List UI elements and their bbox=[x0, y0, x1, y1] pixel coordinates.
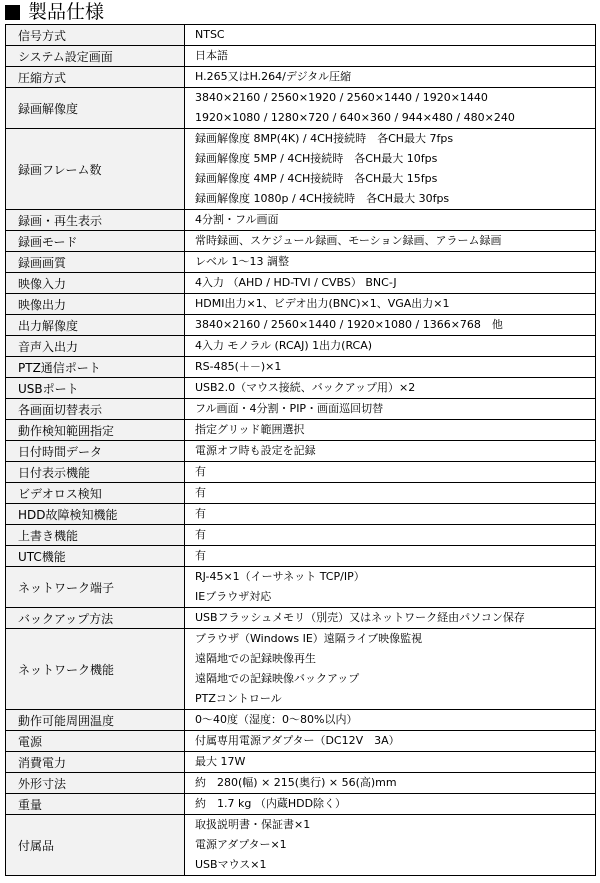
spec-row: 出力解像度3840×2160 / 2560×1440 / 1920×1080 /… bbox=[6, 315, 596, 336]
spec-value: レベル 1～13 調整 bbox=[185, 252, 596, 273]
spec-row: 録画モード常時録画、スケジュール録画、モーション録画、アラーム録画 bbox=[6, 231, 596, 252]
spec-value: 有 bbox=[185, 525, 596, 546]
spec-label: 録画解像度 bbox=[6, 88, 185, 129]
section-title-text: 製品仕様 bbox=[28, 1, 104, 23]
spec-value-line: 電源オフ時も設定を記録 bbox=[195, 441, 595, 461]
spec-value: 日本語 bbox=[185, 46, 596, 67]
spec-row: 電源付属専用電源アダプター（DC12V 3A） bbox=[6, 731, 596, 752]
spec-value-line: 録画解像度 8MP(4K) / 4CH接続時 各CH最大 7fps bbox=[195, 129, 595, 149]
spec-value: 付属専用電源アダプター（DC12V 3A） bbox=[185, 731, 596, 752]
spec-label: ビデオロス検知 bbox=[6, 483, 185, 504]
spec-value: フル画面・4分割・PIP・画面巡回切替 bbox=[185, 399, 596, 420]
spec-label: 信号方式 bbox=[6, 25, 185, 46]
spec-value-line: 常時録画、スケジュール録画、モーション録画、アラーム録画 bbox=[195, 231, 595, 251]
spec-value: 有 bbox=[185, 546, 596, 567]
spec-row: UTC機能有 bbox=[6, 546, 596, 567]
spec-row: 圧縮方式H.265又はH.264/デジタル圧縮 bbox=[6, 67, 596, 88]
spec-value-line: 有 bbox=[195, 462, 595, 482]
spec-value-line: ブラウザ（Windows IE）遠隔ライブ映像監視 bbox=[195, 629, 595, 649]
spec-value: 常時録画、スケジュール録画、モーション録画、アラーム録画 bbox=[185, 231, 596, 252]
spec-value: 有 bbox=[185, 483, 596, 504]
spec-value: 最大 17W bbox=[185, 752, 596, 773]
spec-row: 録画フレーム数録画解像度 8MP(4K) / 4CH接続時 各CH最大 7fps… bbox=[6, 129, 596, 210]
spec-value: H.265又はH.264/デジタル圧縮 bbox=[185, 67, 596, 88]
spec-value-line: 付属専用電源アダプター（DC12V 3A） bbox=[195, 731, 595, 751]
spec-row: バックアップ方法USBフラッシュメモリ（別売）又はネットワーク経由パソコン保存 bbox=[6, 608, 596, 629]
spec-value: 指定グリッド範囲選択 bbox=[185, 420, 596, 441]
spec-label: 消費電力 bbox=[6, 752, 185, 773]
spec-value-line: 4分割・フル画面 bbox=[195, 210, 595, 230]
spec-value: 3840×2160 / 2560×1440 / 1920×1080 / 1366… bbox=[185, 315, 596, 336]
spec-value-line: PTZコントロール bbox=[195, 689, 595, 709]
spec-label: 録画画質 bbox=[6, 252, 185, 273]
spec-value-line: USBマウス×1 bbox=[195, 855, 595, 875]
spec-row: 日付表示機能有 bbox=[6, 462, 596, 483]
spec-value: 約 1.7 kg （内蔵HDD除く） bbox=[185, 794, 596, 815]
spec-label: 付属品 bbox=[6, 815, 185, 876]
spec-value-line: 有 bbox=[195, 504, 595, 524]
spec-value-line: 取扱説明書・保証書×1 bbox=[195, 815, 595, 835]
spec-value-line: H.265又はH.264/デジタル圧縮 bbox=[195, 67, 595, 87]
spec-value: HDMI出力×1、ビデオ出力(BNC)×1、VGA出力×1 bbox=[185, 294, 596, 315]
spec-row: HDD故障検知機能有 bbox=[6, 504, 596, 525]
spec-value: 取扱説明書・保証書×1電源アダプター×1USBマウス×1 bbox=[185, 815, 596, 876]
spec-value: RS-485(＋－)×1 bbox=[185, 357, 596, 378]
spec-value-line: 4入力 モノラル (RCAJ) 1出力(RCA) bbox=[195, 336, 595, 356]
spec-row: 録画解像度3840×2160 / 2560×1920 / 2560×1440 /… bbox=[6, 88, 596, 129]
spec-label: UTC機能 bbox=[6, 546, 185, 567]
spec-label: 映像出力 bbox=[6, 294, 185, 315]
spec-label: 出力解像度 bbox=[6, 315, 185, 336]
spec-value-line: 電源アダプター×1 bbox=[195, 835, 595, 855]
spec-label: ネットワーク端子 bbox=[6, 567, 185, 608]
spec-row: 日付時間データ電源オフ時も設定を記録 bbox=[6, 441, 596, 462]
spec-row: 重量約 1.7 kg （内蔵HDD除く） bbox=[6, 794, 596, 815]
spec-value-line: 約 280(幅) × 215(奥行) × 56(高)mm bbox=[195, 773, 595, 793]
spec-label: 動作可能周囲温度 bbox=[6, 710, 185, 731]
spec-row: 動作検知範囲指定指定グリッド範囲選択 bbox=[6, 420, 596, 441]
spec-table-body: 信号方式NTSCシステム設定画面日本語圧縮方式H.265又はH.264/デジタル… bbox=[6, 25, 596, 876]
spec-value-line: 遠隔地での記録映像バックアップ bbox=[195, 669, 595, 689]
spec-value-line: 指定グリッド範囲選択 bbox=[195, 420, 595, 440]
spec-value: 約 280(幅) × 215(奥行) × 56(高)mm bbox=[185, 773, 596, 794]
spec-label: 録画フレーム数 bbox=[6, 129, 185, 210]
spec-value: 4入力 （AHD / HD-TVI / CVBS） BNC-J bbox=[185, 273, 596, 294]
spec-value-line: 0～40度（湿度：0～80%以内） bbox=[195, 710, 595, 730]
spec-value-line: レベル 1～13 調整 bbox=[195, 252, 595, 272]
spec-value-line: フル画面・4分割・PIP・画面巡回切替 bbox=[195, 399, 595, 419]
spec-value: USBフラッシュメモリ（別売）又はネットワーク経由パソコン保存 bbox=[185, 608, 596, 629]
black-square-icon bbox=[5, 5, 20, 20]
spec-label: 圧縮方式 bbox=[6, 67, 185, 88]
spec-row: USBポートUSB2.0（マウス接続、バックアップ用）×2 bbox=[6, 378, 596, 399]
spec-value-line: 有 bbox=[195, 525, 595, 545]
spec-row: システム設定画面日本語 bbox=[6, 46, 596, 67]
spec-value: 0～40度（湿度：0～80%以内） bbox=[185, 710, 596, 731]
spec-label: 動作検知範囲指定 bbox=[6, 420, 185, 441]
spec-value-line: 録画解像度 5MP / 4CH接続時 各CH最大 10fps bbox=[195, 149, 595, 169]
spec-value-line: 遠隔地での記録映像再生 bbox=[195, 649, 595, 669]
spec-value-line: RJ-45×1（イーサネット TCP/IP） bbox=[195, 567, 595, 587]
spec-value-line: 有 bbox=[195, 483, 595, 503]
spec-label: システム設定画面 bbox=[6, 46, 185, 67]
spec-value: RJ-45×1（イーサネット TCP/IP）IEブラウザ対応 bbox=[185, 567, 596, 608]
spec-row: ネットワーク機能ブラウザ（Windows IE）遠隔ライブ映像監視遠隔地での記録… bbox=[6, 629, 596, 710]
spec-label: 外形寸法 bbox=[6, 773, 185, 794]
spec-value-line: NTSC bbox=[195, 25, 595, 45]
spec-row: 消費電力最大 17W bbox=[6, 752, 596, 773]
spec-label: 録画モード bbox=[6, 231, 185, 252]
spec-value-line: 最大 17W bbox=[195, 752, 595, 772]
spec-page: 製品仕様 信号方式NTSCシステム設定画面日本語圧縮方式H.265又はH.264… bbox=[0, 0, 600, 883]
spec-table: 信号方式NTSCシステム設定画面日本語圧縮方式H.265又はH.264/デジタル… bbox=[5, 24, 596, 876]
spec-row: PTZ通信ポートRS-485(＋－)×1 bbox=[6, 357, 596, 378]
spec-row: ビデオロス検知有 bbox=[6, 483, 596, 504]
spec-value: NTSC bbox=[185, 25, 596, 46]
spec-value: ブラウザ（Windows IE）遠隔ライブ映像監視遠隔地での記録映像再生遠隔地で… bbox=[185, 629, 596, 710]
spec-value-line: USB2.0（マウス接続、バックアップ用）×2 bbox=[195, 378, 595, 398]
spec-value: USB2.0（マウス接続、バックアップ用）×2 bbox=[185, 378, 596, 399]
spec-value: 4分割・フル画面 bbox=[185, 210, 596, 231]
spec-value-line: 1920×1080 / 1280×720 / 640×360 / 944×480… bbox=[195, 108, 595, 128]
spec-row: 信号方式NTSC bbox=[6, 25, 596, 46]
spec-value: 3840×2160 / 2560×1920 / 2560×1440 / 1920… bbox=[185, 88, 596, 129]
spec-label: 電源 bbox=[6, 731, 185, 752]
section-title: 製品仕様 bbox=[5, 1, 104, 23]
spec-label: ネットワーク機能 bbox=[6, 629, 185, 710]
spec-value-line: IEブラウザ対応 bbox=[195, 587, 595, 607]
spec-label: 日付表示機能 bbox=[6, 462, 185, 483]
spec-row: 付属品取扱説明書・保証書×1電源アダプター×1USBマウス×1 bbox=[6, 815, 596, 876]
spec-label: 音声入出力 bbox=[6, 336, 185, 357]
spec-value-line: USBフラッシュメモリ（別売）又はネットワーク経由パソコン保存 bbox=[195, 608, 595, 628]
spec-label: USBポート bbox=[6, 378, 185, 399]
spec-label: 録画・再生表示 bbox=[6, 210, 185, 231]
spec-value: 有 bbox=[185, 504, 596, 525]
spec-label: 日付時間データ bbox=[6, 441, 185, 462]
spec-value-line: 日本語 bbox=[195, 46, 595, 66]
spec-label: 上書き機能 bbox=[6, 525, 185, 546]
spec-row: 録画画質レベル 1～13 調整 bbox=[6, 252, 596, 273]
spec-row: 各画面切替表示フル画面・4分割・PIP・画面巡回切替 bbox=[6, 399, 596, 420]
spec-label: 映像入力 bbox=[6, 273, 185, 294]
spec-label: PTZ通信ポート bbox=[6, 357, 185, 378]
spec-label: バックアップ方法 bbox=[6, 608, 185, 629]
spec-row: 映像出力HDMI出力×1、ビデオ出力(BNC)×1、VGA出力×1 bbox=[6, 294, 596, 315]
spec-value-line: 約 1.7 kg （内蔵HDD除く） bbox=[195, 794, 595, 814]
spec-value: 有 bbox=[185, 462, 596, 483]
spec-value-line: RS-485(＋－)×1 bbox=[195, 357, 595, 377]
spec-label: 各画面切替表示 bbox=[6, 399, 185, 420]
spec-row: ネットワーク端子RJ-45×1（イーサネット TCP/IP）IEブラウザ対応 bbox=[6, 567, 596, 608]
spec-value-line: 録画解像度 1080p / 4CH接続時 各CH最大 30fps bbox=[195, 189, 595, 209]
spec-row: 外形寸法約 280(幅) × 215(奥行) × 56(高)mm bbox=[6, 773, 596, 794]
spec-row: 動作可能周囲温度0～40度（湿度：0～80%以内） bbox=[6, 710, 596, 731]
spec-value-line: 3840×2160 / 2560×1440 / 1920×1080 / 1366… bbox=[195, 315, 595, 335]
spec-label: 重量 bbox=[6, 794, 185, 815]
spec-value: 電源オフ時も設定を記録 bbox=[185, 441, 596, 462]
spec-value-line: 4入力 （AHD / HD-TVI / CVBS） BNC-J bbox=[195, 273, 595, 293]
spec-row: 上書き機能有 bbox=[6, 525, 596, 546]
spec-row: 録画・再生表示4分割・フル画面 bbox=[6, 210, 596, 231]
spec-row: 音声入出力4入力 モノラル (RCAJ) 1出力(RCA) bbox=[6, 336, 596, 357]
spec-value-line: 録画解像度 4MP / 4CH接続時 各CH最大 15fps bbox=[195, 169, 595, 189]
spec-value-line: HDMI出力×1、ビデオ出力(BNC)×1、VGA出力×1 bbox=[195, 294, 595, 314]
spec-row: 映像入力4入力 （AHD / HD-TVI / CVBS） BNC-J bbox=[6, 273, 596, 294]
spec-value: 4入力 モノラル (RCAJ) 1出力(RCA) bbox=[185, 336, 596, 357]
spec-value-line: 3840×2160 / 2560×1920 / 2560×1440 / 1920… bbox=[195, 88, 595, 108]
spec-label: HDD故障検知機能 bbox=[6, 504, 185, 525]
spec-value: 録画解像度 8MP(4K) / 4CH接続時 各CH最大 7fps録画解像度 5… bbox=[185, 129, 596, 210]
spec-value-line: 有 bbox=[195, 546, 595, 566]
